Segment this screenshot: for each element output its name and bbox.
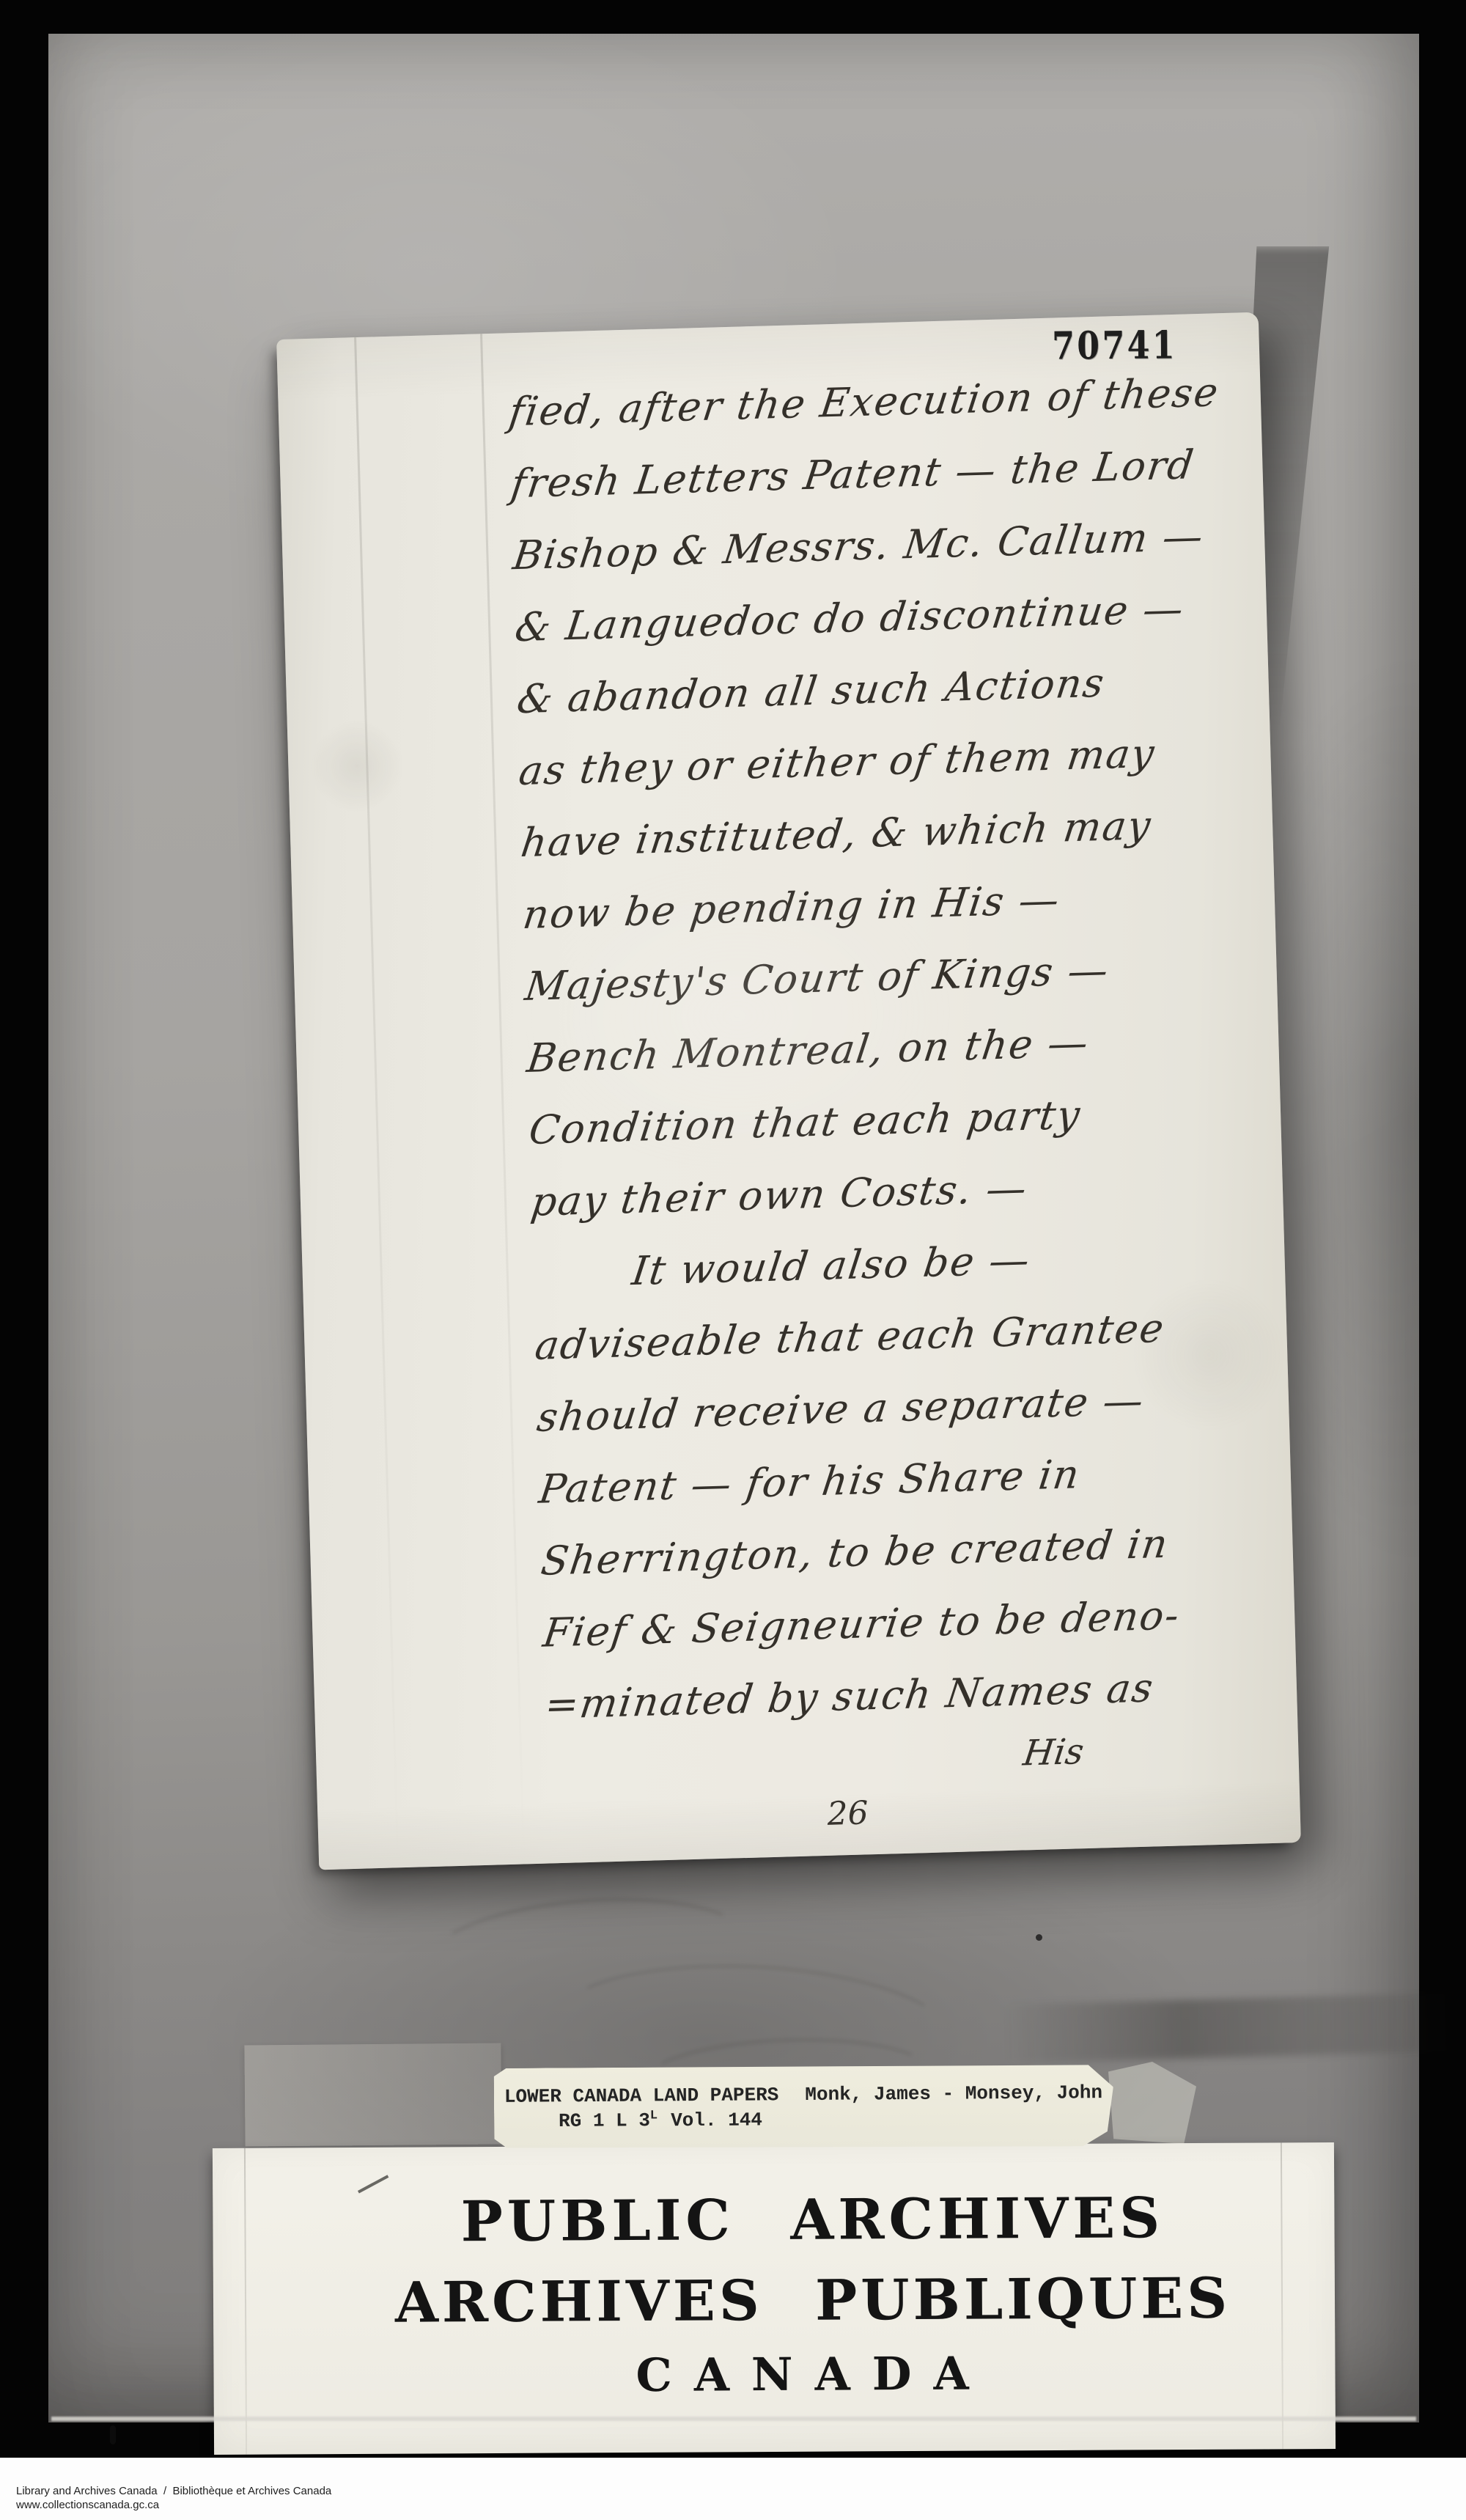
tape-patch <box>1108 2062 1196 2144</box>
footer-credit: Library and Archives Canada / Bibliothèq… <box>16 2484 1466 2498</box>
card-title-country: CANADA <box>291 2349 1335 2400</box>
footer-strip: Library and Archives Canada / Bibliothèq… <box>0 2458 1466 2520</box>
archival-scan: 70741 fied, after the Execution of these… <box>0 0 1466 2520</box>
label-volume: Vol. 144 <box>671 2109 762 2131</box>
public-archives-card: PUBLIC ARCHIVES ARCHIVES PUBLIQUES CANAD… <box>213 2142 1336 2455</box>
label-reference-code: RG 1 L 3 <box>559 2109 650 2132</box>
reference-label: LOWER CANADA LAND PAPERS Monk, James - M… <box>494 2064 1114 2150</box>
paper-crease <box>354 337 399 1867</box>
label-reference-superscript: L <box>650 2109 658 2123</box>
footer-url: www.collectionscanada.gc.ca <box>16 2498 1466 2512</box>
card-title-english: PUBLIC ARCHIVES <box>290 2189 1334 2250</box>
tape-patch <box>244 2043 501 2146</box>
manuscript-text: fied, after the Execution of these fresh… <box>509 355 1278 1740</box>
card-scratch <box>358 2175 388 2193</box>
catchword: His <box>1021 1731 1086 1774</box>
label-names: Monk, James - Monsey, John <box>805 2082 1102 2106</box>
dust-speck <box>110 2425 116 2444</box>
page-number: 26 <box>827 1794 869 1833</box>
backing-smudge <box>1001 1993 1456 2063</box>
dust-speck <box>1036 1934 1042 1941</box>
reference-label-line2: RG 1 L 3LVol. 144 <box>559 2106 1113 2132</box>
card-crease <box>244 2148 247 2455</box>
photo-edge-highlight <box>51 2417 1416 2421</box>
manuscript-paper: 70741 fied, after the Execution of these… <box>276 312 1301 1870</box>
photograph-area: 70741 fied, after the Execution of these… <box>48 34 1419 2422</box>
label-series-title: LOWER CANADA LAND PAPERS <box>504 2084 779 2108</box>
reference-label-line1: LOWER CANADA LAND PAPERS Monk, James - M… <box>504 2082 1113 2108</box>
card-title-french: ARCHIVES PUBLIQUES <box>291 2270 1335 2331</box>
